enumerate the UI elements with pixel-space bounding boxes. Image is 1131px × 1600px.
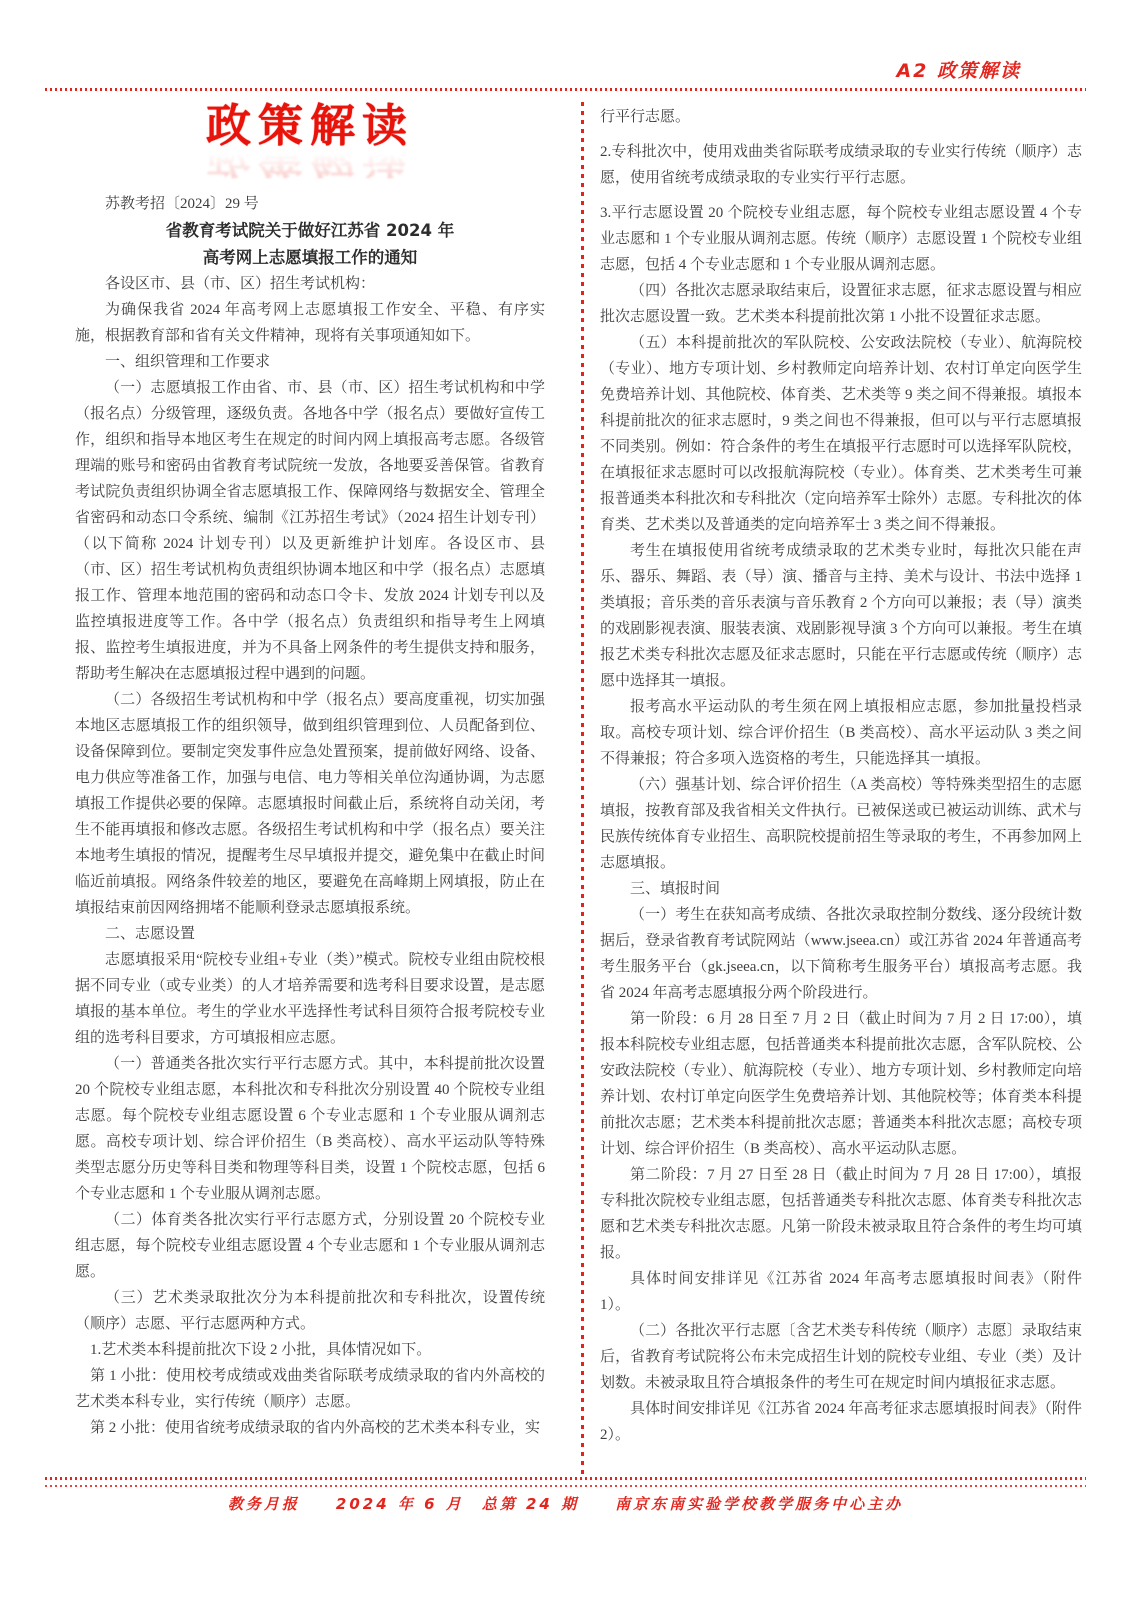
paragraph: 考生在填报使用省统考成绩录取的艺术类专业时，每批次只能在声乐、器乐、舞蹈、表（导… [600,538,1082,694]
policy-logo-text: 政策解读 [75,102,545,149]
paragraph: 第 2 小批：使用省统考成绩录取的省内外高校的艺术类本科专业，实 [75,1415,545,1441]
paragraph: 具体时间安排详见《江苏省 2024 年高考征求志愿填报时间表》（附件 2）。 [600,1396,1082,1448]
paragraph: （二）各级招生考试机构和中学（报名点）要高度重视，切实加强本地区志愿填报工作的组… [75,687,545,921]
paragraph: 3.平行志愿设置 20 个院校专业组志愿，每个院校专业组志愿设置 4 个专业志愿… [600,200,1082,278]
section-heading: 二、志愿设置 [75,921,545,947]
section-heading: 一、组织管理和工作要求 [75,349,545,375]
paragraph: （四）各批次志愿录取结束后，设置征求志愿，征求志愿设置与相应批次志愿设置一致。艺… [600,278,1082,330]
paragraph: （一）志愿填报工作由省、市、县（市、区）招生考试机构和中学（报名点）分级管理，逐… [75,375,545,687]
section-heading: 三、填报时间 [600,876,1082,902]
document-number: 苏教考招〔2024〕29 号 [75,191,545,217]
column-divider [581,102,584,1474]
paragraph: （三）艺术类录取批次分为本科提前批次和专科批次，设置传统（顺序）志愿、平行志愿两… [75,1285,545,1337]
footer-divider-top [45,1477,1086,1480]
footer-divider-bottom [45,1485,1086,1487]
footer-imprint: 教务月报 2024 年 6 月 总第 24 期 南京东南实验学校教学服务中心主办 [0,1493,1131,1514]
paragraph: 报考高水平运动队的考生须在网上填报相应志愿，参加批量投档录取。高校专项计划、综合… [600,694,1082,772]
paragraph: （二）体育类各批次实行平行志愿方式，分别设置 20 个院校专业组志愿，每个院校专… [75,1207,545,1285]
paragraph: 为确保我省 2024 年高考网上志愿填报工作安全、平稳、有序实施，根据教育部和省… [75,297,545,349]
paragraph: （二）各批次平行志愿〔含艺术类专科传统（顺序）志愿〕录取结束后，省教育考试院将公… [600,1318,1082,1396]
right-column: 行平行志愿。 2.专科批次中，使用戏曲类省际联考成绩录取的专业实行传统（顺序）志… [600,104,1082,1472]
paragraph: （六）强基计划、综合评价招生（A 类高校）等特殊类型招生的志愿填报，按教育部及我… [600,772,1082,876]
left-column: 政策解读 政策解读 苏教考招〔2024〕29 号 省教育考试院关于做好江苏省 2… [75,100,545,1472]
paragraph: 第二阶段：7 月 27 日至 28 日（截止时间为 7 月 28 日 17:00… [600,1162,1082,1266]
section-label: A2 政策解读 [896,56,1021,83]
paragraph: （五）本科提前批次的军队院校、公安政法院校（专业）、航海院校（专业）、地方专项计… [600,330,1082,538]
paragraph: 志愿填报采用“院校专业组+专业（类）”模式。院校专业组由院校根据不同专业（或专业… [75,947,545,1051]
paragraph: 1.艺术类本科提前批次下设 2 小批，具体情况如下。 [75,1337,545,1363]
document-title-line2: 高考网上志愿填报工作的通知 [75,244,545,271]
paragraph: 第 1 小批：使用校考成绩或戏曲类省际联考成绩录取的省内外高校的艺术类本科专业，… [75,1363,545,1415]
paragraph: （一）普通类各批次实行平行志愿方式。其中，本科提前批次设置 20 个院校专业组志… [75,1051,545,1207]
paragraph-salutation: 各设区市、县（市、区）招生考试机构： [75,271,545,297]
policy-logo-reflection: 政策解读 [75,149,545,179]
header-divider [45,88,1086,91]
paragraph: （一）考生在获知高考成绩、各批次录取控制分数线、逐分段统计数据后，登录省教育考试… [600,902,1082,1006]
policy-logo: 政策解读 政策解读 [75,102,545,179]
newspaper-page: A2 政策解读 政策解读 政策解读 苏教考招〔2024〕29 号 省教育考试院关… [0,0,1131,1600]
paragraph: 2.专科批次中，使用戏曲类省际联考成绩录取的专业实行传统（顺序）志愿，使用省统考… [600,139,1082,191]
paragraph: 第一阶段：6 月 28 日至 7 月 2 日（截止时间为 7 月 2 日 17:… [600,1006,1082,1162]
paragraph: 具体时间安排详见《江苏省 2024 年高考志愿填报时间表》（附件 1）。 [600,1266,1082,1318]
paragraph: 行平行志愿。 [600,104,1082,130]
document-title-line1: 省教育考试院关于做好江苏省 2024 年 [75,217,545,244]
